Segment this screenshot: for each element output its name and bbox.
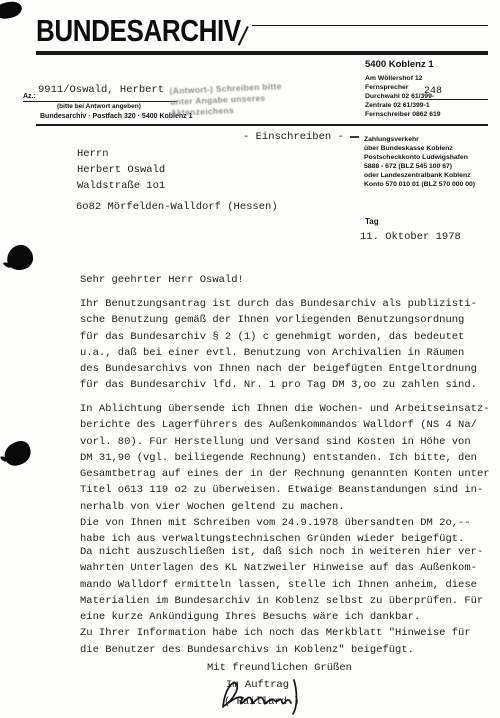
- az-value: 9911/Oswald, Herbert: [38, 84, 164, 97]
- address-zone-rule: [36, 124, 488, 126]
- az-note: (bitte bei Antwort angeben): [57, 103, 141, 110]
- redaction-blob-top-left: [0, 0, 23, 20]
- az-label: Az.:: [23, 93, 36, 100]
- date-value: 11. Oktober 1978: [360, 231, 461, 244]
- letterhead-city: 5400 Koblenz 1: [365, 59, 434, 70]
- scanned-letter-page: BUNDESARCHIV 5400 Koblenz 1 Am Wöllersho…: [0, 0, 500, 718]
- paragraph-1: Ihr Benutzungsantrag ist durch das Bunde…: [80, 296, 477, 394]
- header-rule-thin: [252, 25, 488, 26]
- extension-underline: [420, 99, 488, 100]
- bundesarchiv-logo: BUNDESARCHIV: [36, 13, 241, 49]
- signature-scribble: [214, 674, 318, 716]
- paragraph-3: Da nicht auszuschließen ist, daß sich no…: [80, 544, 483, 658]
- fold-mark: [350, 136, 359, 138]
- salutation: Sehr geehrter Herr Oswald!: [80, 274, 244, 287]
- payment-info-lines: Zahlungsverkehrüber Bundeskasse KoblenzP…: [364, 135, 475, 189]
- redaction-blob-lower: [1, 438, 34, 468]
- header-rule-thick: [36, 51, 488, 55]
- aktenzeichen-stamp: (Antwort-) Schreiben bitteunter Angabe u…: [169, 78, 350, 119]
- recipient-address: HerrnHerbert OswaldWaldstraße 1o1: [77, 146, 165, 194]
- phone-extension: 248: [424, 85, 442, 98]
- az-underline: [23, 101, 177, 102]
- delivery-note: - Einschreiben -: [243, 131, 344, 144]
- recipient-city: 6o82 Mörfelden-Walldorf (Hessen): [76, 201, 278, 214]
- date-label: Tag: [365, 217, 379, 226]
- paragraph-2: In Ablichtung übersende ich Ihnen die Wo…: [80, 401, 490, 548]
